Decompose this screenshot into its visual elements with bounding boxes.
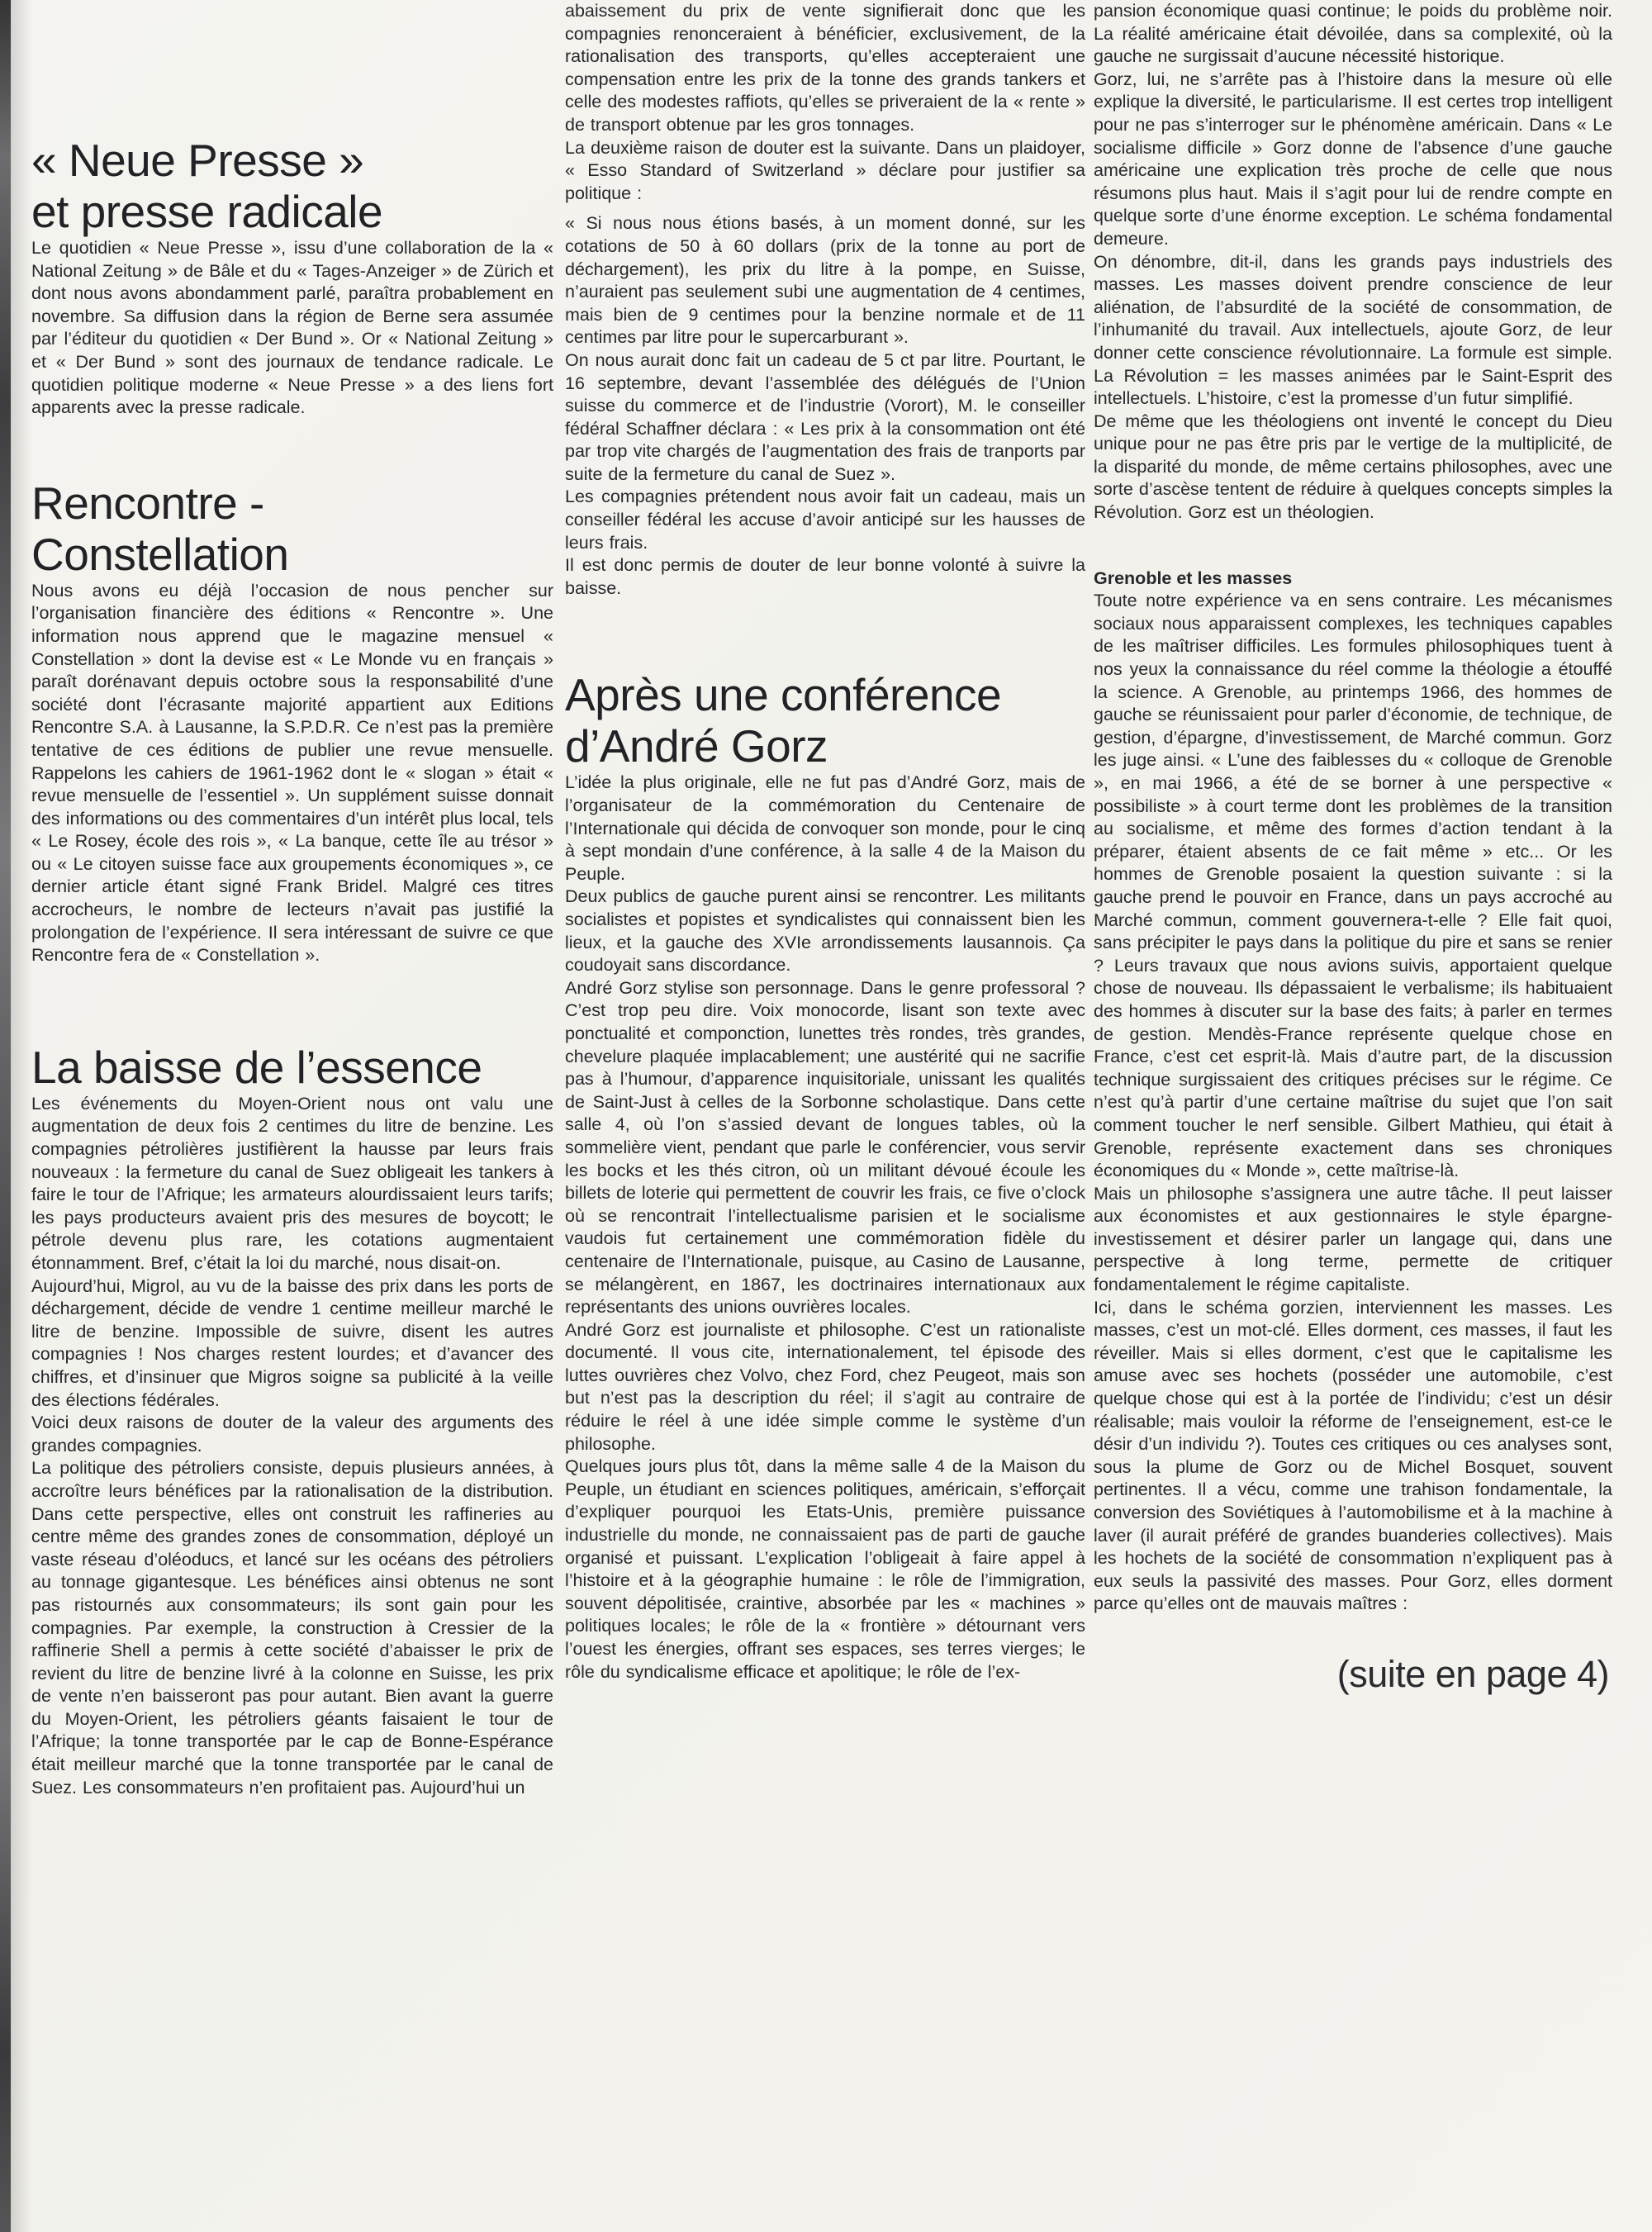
article-paragraph: Nous avons eu déjà l’occasion de nous pe… [31,580,553,967]
title-line: Constellation [31,529,553,580]
column-right: pansion économique quasi continue; le po… [1094,0,1612,1695]
article-paragraph: Les compagnies prétendent nous avoir fai… [565,486,1085,554]
article-paragraph: Les événements du Moyen-Orient nous ont … [31,1093,553,1275]
section-subhead-grenoble: Grenoble et les masses [1094,567,1612,591]
article-paragraph: Il est donc permis de douter de leur bon… [565,554,1085,600]
article-paragraph: Voici deux raisons de douter de la valeu… [31,1412,553,1457]
title-line: d’André Gorz [565,720,1085,772]
scan-edge-artifact [0,0,11,2232]
article-paragraph: L’idée la plus originale, elle ne fut pa… [565,772,1085,886]
article-title-neue-presse: « Neue Presse » et presse radicale [31,135,553,237]
title-line: « Neue Presse » [31,135,553,186]
article-paragraph: Le quotidien « Neue Presse », issu d’une… [31,237,553,420]
article-paragraph: Gorz, lui, ne s’arrête pas à l’histoire … [1094,69,1612,251]
article-paragraph: Aujourd’hui, Migrol, au vu de la baisse … [31,1275,553,1413]
article-paragraph: De même que les théologiens ont inventé … [1094,411,1612,525]
article-title-rencontre-constellation: Rencontre - Constellation [31,477,553,580]
article-paragraph: Deux publics de gauche purent ainsi se r… [565,886,1085,976]
newspaper-page: « Neue Presse » et presse radicale Le qu… [0,0,1652,2232]
title-line: et presse radicale [31,186,553,237]
article-paragraph: pansion économique quasi continue; le po… [1094,0,1612,69]
article-paragraph: Mais un philosophe s’assignera une autre… [1094,1183,1612,1297]
article-paragraph: Quelques jours plus tôt, dans la même sa… [565,1456,1085,1683]
article-title-andre-gorz: Après une conférence d’André Gorz [565,669,1085,772]
article-title-baisse-essence: La baisse de l’essence [31,1042,553,1093]
title-line: Rencontre - [31,477,553,529]
article-paragraph: La politique des pétroliers consiste, de… [31,1457,553,1799]
article-paragraph: On nous aurait donc fait un cadeau de 5 … [565,349,1085,487]
article-paragraph: André Gorz stylise son personnage. Dans … [565,977,1085,1319]
article-paragraph: On dénombre, dit-il, dans les grands pay… [1094,251,1612,411]
article-paragraph: Ici, dans le schéma gorzien, intervienne… [1094,1297,1612,1616]
article-paragraph: abaissement du prix de vente signifierai… [565,0,1085,137]
title-line: La baisse de l’essence [31,1042,553,1093]
column-middle: abaissement du prix de vente signifierai… [565,0,1085,1683]
article-paragraph: André Gorz est journaliste et philosophe… [565,1319,1085,1456]
article-paragraph: La deuxième raison de douter est la suiv… [565,137,1085,206]
title-line: Après une conférence [565,669,1085,720]
continuation-note: (suite en page 4) [1094,1654,1612,1695]
article-paragraph: « Si nous nous étions basés, à un moment… [565,212,1085,349]
column-left: « Neue Presse » et presse radicale Le qu… [31,0,553,1799]
article-paragraph: Toute notre expérience va en sens contra… [1094,590,1612,1182]
